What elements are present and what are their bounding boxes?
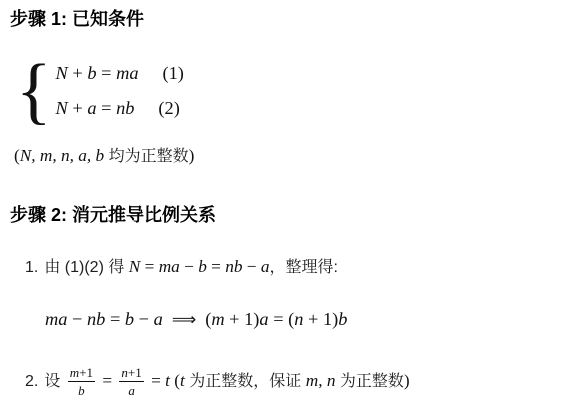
constraint-note: (N, m, n, a, b 均为正整数)	[14, 143, 551, 170]
text-segment: N, m, n, a, b	[20, 146, 104, 165]
list-item-1: 1.由 (1)(2) 得 N = ma − b = nb − a，整理得:	[25, 253, 551, 281]
text-segment: ma	[45, 309, 67, 329]
text-segment: m	[211, 309, 224, 329]
text-segment: 由 (1)(2) 得	[44, 259, 128, 276]
equation-column: N + b = ma(1) N + a = nb(2)	[56, 56, 184, 126]
step1-heading: 步骤 1: 已知条件	[10, 9, 551, 30]
equation-2: N + a = nb(2)	[56, 91, 184, 126]
equation-1-tag: (1)	[163, 63, 184, 83]
text-segment: nb	[87, 309, 105, 329]
text-segment: =	[97, 63, 117, 83]
text-segment: a	[259, 309, 268, 329]
list-item-2-post: = t (t 为正整数，保证 m, n 为正整数)	[147, 373, 410, 390]
text-segment: (	[170, 371, 180, 390]
list-item-1-text: 由 (1)(2) 得 N = ma − b = nb − a，整理得:	[44, 259, 338, 276]
fraction-1-denominator: b	[68, 382, 95, 398]
text-segment: −	[134, 309, 154, 329]
text-segment: 为正整数，保证	[185, 373, 306, 390]
fraction-1-numerator: m+1	[68, 365, 95, 382]
text-segment: 为正整数	[335, 373, 403, 390]
text-segment: nb	[116, 98, 134, 118]
equation-1: N + b = ma(1)	[56, 56, 184, 91]
text-segment: = (	[269, 309, 295, 329]
text-segment: −	[242, 257, 260, 276]
text-segment: a	[128, 383, 135, 398]
list-marker-2: 2.	[25, 373, 38, 390]
text-segment: +1	[79, 365, 93, 380]
text-segment: ma	[159, 257, 180, 276]
text-segment: a	[154, 309, 163, 329]
left-brace-delimiter: {	[16, 56, 52, 126]
text-segment: −	[67, 309, 87, 329]
text-segment: m	[70, 365, 79, 380]
text-segment: a	[87, 98, 96, 118]
equation-2-body: N + a = nb	[56, 99, 135, 118]
text-segment: + 1)	[225, 309, 260, 329]
text-segment: b	[87, 63, 96, 83]
derived-equation: ma − nb = b − a⟹(m + 1)a = (n + 1)b	[45, 304, 551, 335]
list-item-2-mid: =	[98, 373, 116, 390]
text-segment: −	[180, 257, 198, 276]
text-segment: =	[105, 309, 125, 329]
text-segment: =	[97, 98, 117, 118]
list-item-2-pre: 设	[44, 373, 64, 390]
text-segment: =	[140, 257, 158, 276]
math-solution-document: 步骤 1: 已知条件 { N + b = ma(1) N + a = nb(2)…	[0, 0, 561, 419]
text-segment: ⟹	[172, 310, 196, 330]
text-segment: +1	[128, 365, 142, 380]
text-segment: nb	[225, 257, 242, 276]
text-segment: N	[56, 63, 68, 83]
text-segment: =	[207, 257, 225, 276]
text-segment: b	[198, 257, 207, 276]
fraction-n-plus-1-over-a: n+1a	[119, 365, 143, 398]
text-segment: ma	[116, 63, 138, 83]
text-segment: + 1)	[303, 309, 338, 329]
list-marker-1: 1.	[25, 259, 38, 276]
text-segment: =	[147, 371, 165, 390]
list-item-2: 2.设 m+1b = n+1a = t (t 为正整数，保证 m, n 为正整数…	[25, 359, 551, 404]
text-segment: N	[56, 98, 68, 118]
equation-system: { N + b = ma(1) N + a = nb(2)	[16, 56, 551, 126]
text-segment: m, n	[306, 371, 336, 390]
text-segment: b	[78, 383, 85, 398]
fraction-2-denominator: a	[119, 382, 143, 398]
text-segment: )	[189, 146, 195, 165]
text-segment: b	[125, 309, 134, 329]
text-segment: b	[338, 309, 347, 329]
fraction-2-numerator: n+1	[119, 365, 143, 382]
fraction-m-plus-1-over-b: m+1b	[68, 365, 95, 398]
text-segment: =	[98, 371, 116, 390]
text-segment: N	[129, 257, 141, 276]
text-segment: ，整理得:	[269, 259, 337, 276]
equation-1-body: N + b = ma	[56, 64, 139, 83]
step2-heading: 步骤 2: 消元推导比例关系	[10, 205, 551, 226]
text-segment: )	[404, 371, 410, 390]
equation-2-tag: (2)	[158, 98, 179, 118]
text-segment: 均为正整数	[104, 148, 188, 165]
text-segment: +	[68, 98, 88, 118]
text-segment: 设	[44, 373, 64, 390]
text-segment: +	[68, 63, 88, 83]
